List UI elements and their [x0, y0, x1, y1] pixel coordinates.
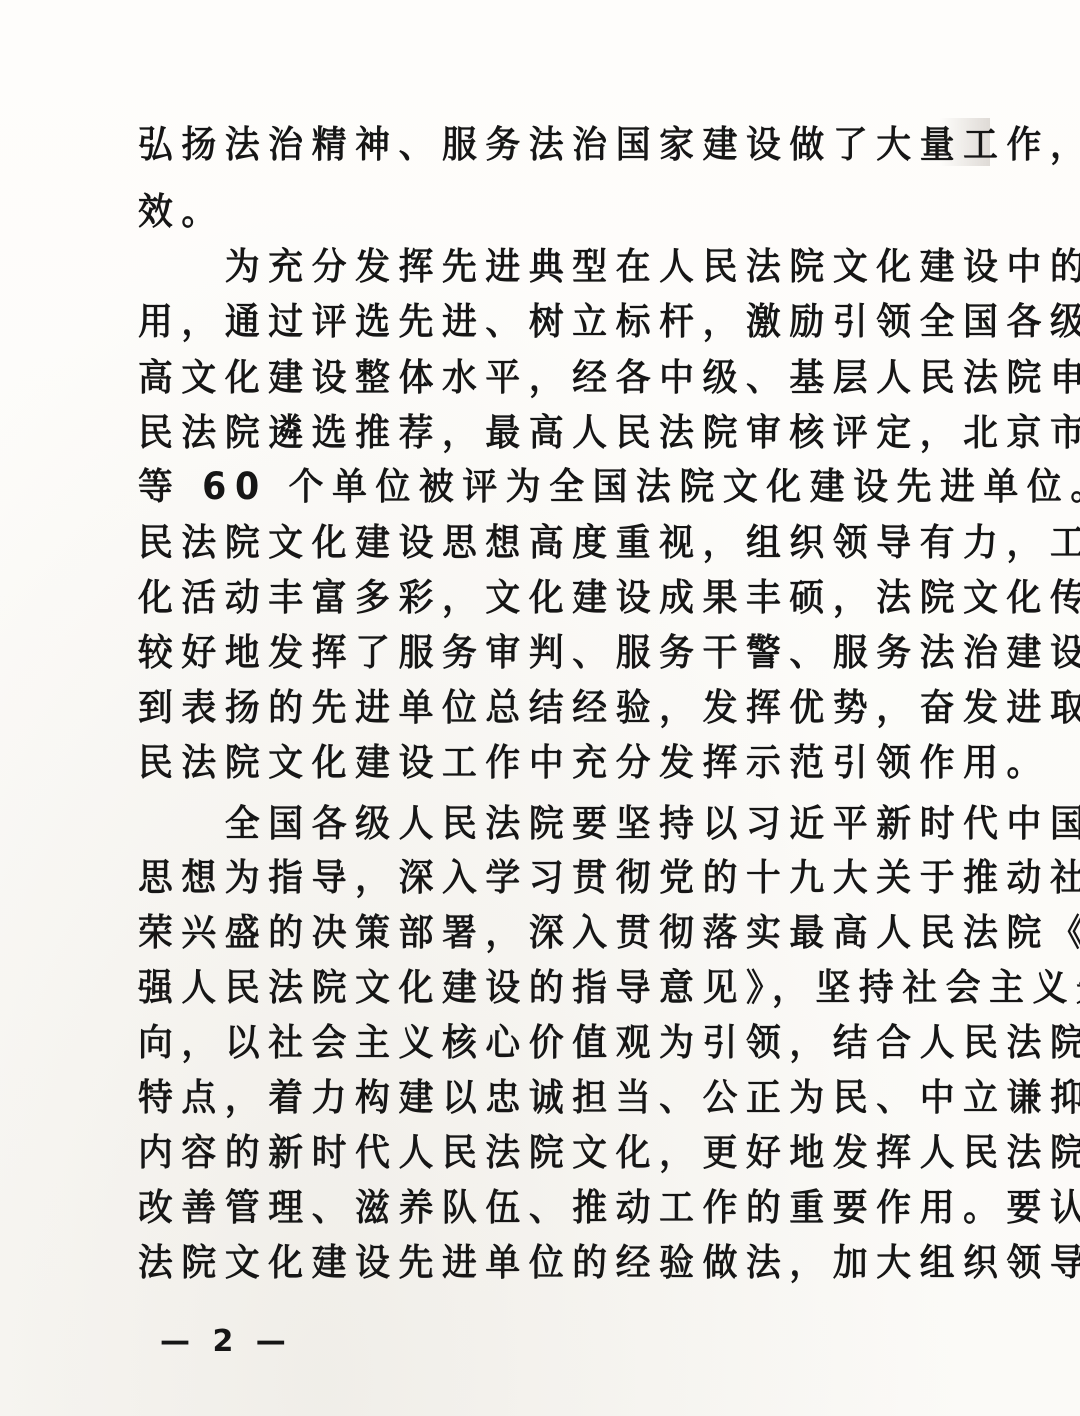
scanned-page: 弘扬法治精神、服务法治国家建设做了大量工作，取得了显著成 效。 为充分发挥先进典…: [0, 0, 1080, 1416]
text-line: 全国各级人民法院要坚持以习近平新时代中国特色社会主义: [138, 801, 946, 847]
text-line: 化活动丰富多彩，文化建设成果丰硕，法院文化传播力影响力强，: [138, 575, 946, 621]
text-line: 法院文化建设先进单位的经验做法，加大组织领导力度，发挥干警: [138, 1240, 946, 1286]
text-line: 思想为指导，深入学习贯彻党的十九大关于推动社会主义文化繁: [138, 855, 946, 901]
text-line: 荣兴盛的决策部署，深入贯彻落实最高人民法院《关于新形势下加: [138, 910, 946, 956]
text-line: 用，通过评选先进、树立标杆，激励引领全国各级人民法院不断提: [138, 299, 946, 345]
text-line: 为充分发挥先进典型在人民法院文化建设中的示范带动作: [138, 244, 946, 290]
text-line: 等 60 个单位被评为全国法院文化建设先进单位。这些单位对人: [138, 464, 946, 510]
text-line: 效。: [138, 189, 946, 235]
text-line: 内容的新时代人民法院文化，更好地发挥人民法院文化凝聚人心、: [138, 1130, 946, 1176]
text-line: 向，以社会主义核心价值观为引领，结合人民法院工作性质和队伍: [138, 1020, 946, 1066]
text-line: 民法院遴选推荐，最高人民法院审核评定，北京市朝阳区人民法院: [138, 410, 946, 456]
text-line: 民法院文化建设工作中充分发挥示范引领作用。: [138, 740, 946, 786]
text-line: 高文化建设整体水平，经各中级、基层人民法院申报参评，高级人: [138, 355, 946, 401]
text-line: 特点，着力构建以忠诚担当、公正为民、中立谦抑、廉洁守纪为主要: [138, 1075, 946, 1121]
text-line: 民法院文化建设思想高度重视，组织领导有力，工作措施扎实，文: [138, 520, 946, 566]
text-line: 弘扬法治精神、服务法治国家建设做了大量工作，取得了显著成: [138, 122, 946, 168]
text-line: 到表扬的先进单位总结经验，发挥优势，奋发进取，再创佳绩，在人: [138, 685, 946, 731]
text-line: 强人民法院文化建设的指导意见》，坚持社会主义先进文化前进方: [138, 965, 946, 1011]
text-line: 改善管理、滋养队伍、推动工作的重要作用。要认真学习借鉴全国: [138, 1185, 946, 1231]
text-line: 较好地发挥了服务审判、服务干警、服务法治建设的作用。希望受: [138, 630, 946, 676]
page-number: — 2 —: [160, 1322, 292, 1362]
